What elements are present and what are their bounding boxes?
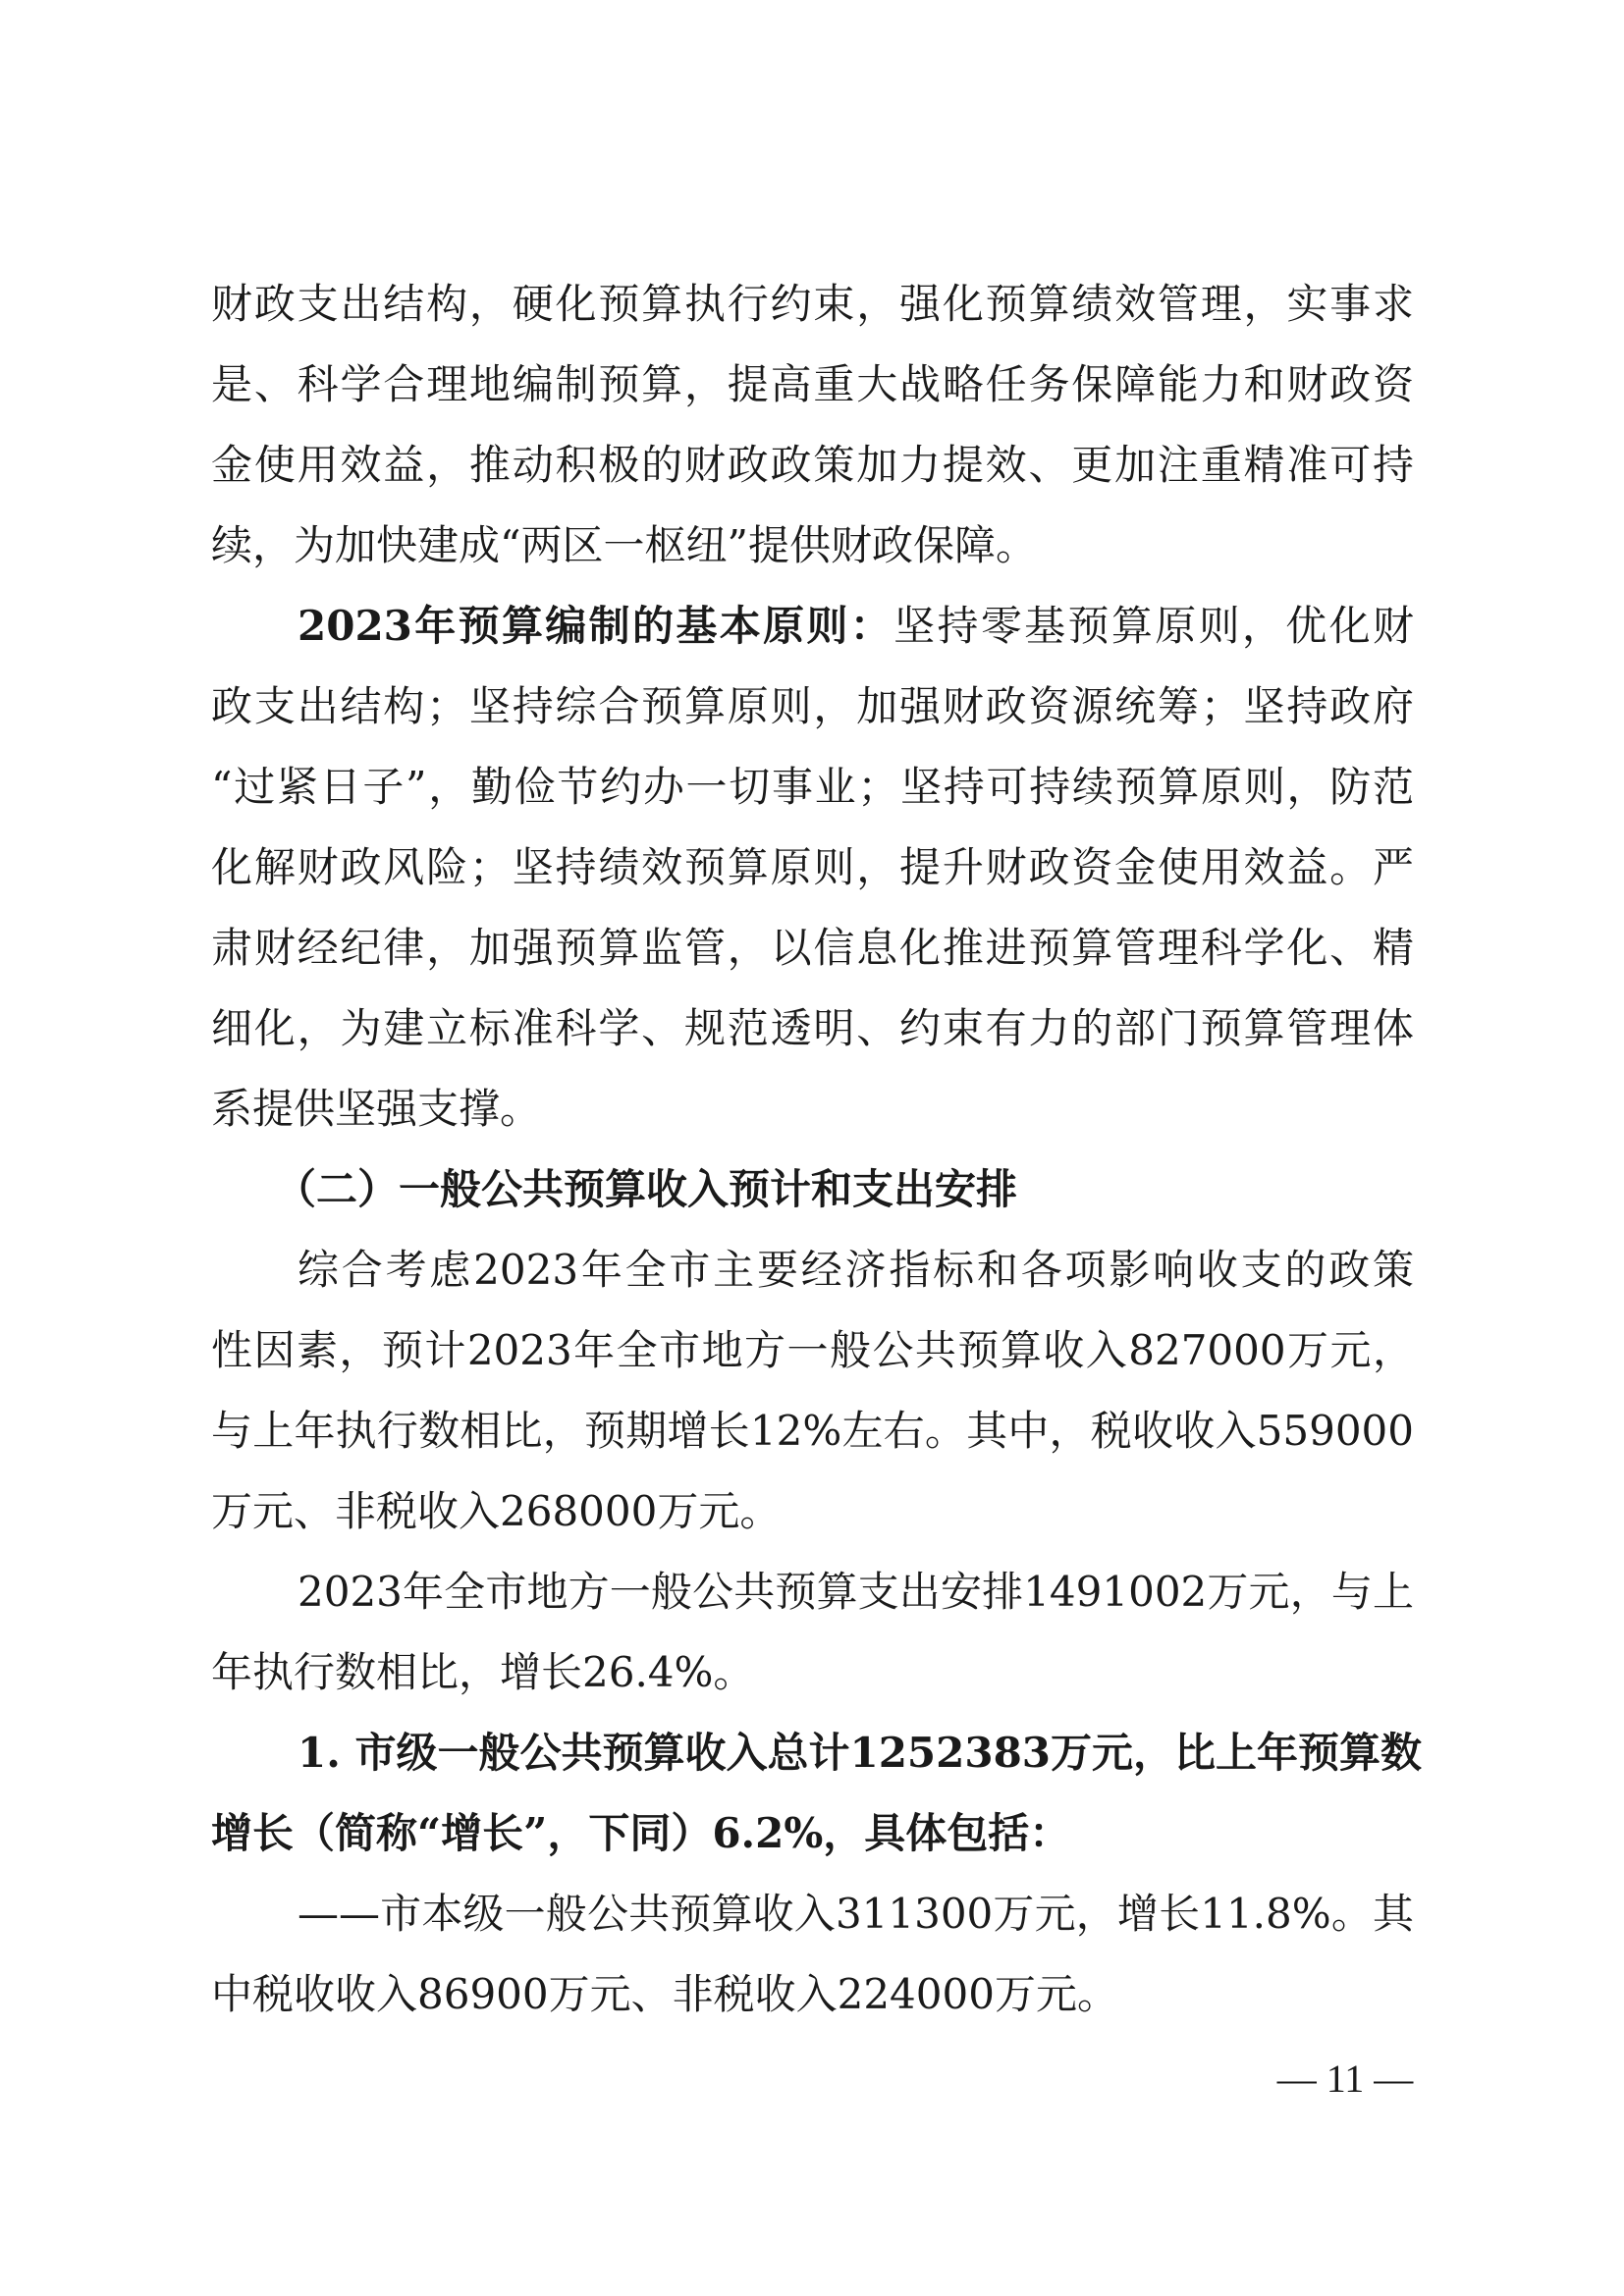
paragraph-2-line-6: 细化，为建立标准科学、规范透明、约束有力的部门预算管理体 xyxy=(211,988,1414,1069)
paragraph-2-line-3: “过紧日子”，勤俭节约办一切事业；坚持可持续预算原则，防范 xyxy=(211,747,1414,828)
paragraph-2-line-2: 政支出结构；坚持综合预算原则，加强财政资源统筹；坚持政府 xyxy=(211,667,1414,747)
document-page: 财政支出结构，硬化预算执行约束，强化预算绩效管理，实事求 是、科学合理地编制预算… xyxy=(0,0,1624,2296)
paragraph-3-line-2: 性因素，预计2023年全市地方一般公共预算收入827000万元， xyxy=(211,1310,1414,1391)
paragraph-6-line-1: ——市本级一般公共预算收入311300万元，增长11.8%。其 xyxy=(298,1874,1414,1954)
principles-lead: 2023年预算编制的基本原则： xyxy=(298,602,893,650)
paragraph-1-line-2: 是、科学合理地编制预算，提高重大战略任务保障能力和财政资 xyxy=(211,345,1414,425)
paragraph-4-line-1: 2023年全市地方一般公共预算支出安排1491002万元，与上 xyxy=(298,1552,1414,1632)
paragraph-1-line-4: 续，为加快建成“两区一枢纽”提供财政保障。 xyxy=(211,506,1414,586)
section-heading: （二）一般公共预算收入预计和支出安排 xyxy=(275,1149,1414,1230)
paragraph-2-line-4: 化解财政风险；坚持绩效预算原则，提升财政资金使用效益。严 xyxy=(211,828,1414,908)
item-1-line-2: 增长（简称“增长”，下同）6.2%，具体包括： xyxy=(211,1793,1414,1874)
paragraph-3-line-3: 与上年执行数相比，预期增长12%左右。其中，税收收入559000 xyxy=(211,1391,1414,1471)
paragraph-4-line-2: 年执行数相比，增长26.4%。 xyxy=(211,1632,1414,1713)
paragraph-2-line-7: 系提供坚强支撑。 xyxy=(211,1069,1414,1149)
paragraph-1-line-3: 金使用效益，推动积极的财政政策加力提效、更加注重精准可持 xyxy=(211,425,1414,506)
paragraph-6-line-2: 中税收收入86900万元、非税收入224000万元。 xyxy=(211,1954,1414,2035)
paragraph-2-line-1: 2023年预算编制的基本原则：坚持零基预算原则，优化财 xyxy=(298,586,1414,667)
paragraph-1-line-1: 财政支出结构，硬化预算执行约束，强化预算绩效管理，实事求 xyxy=(211,264,1414,345)
paragraph-2-line-5: 肃财经纪律，加强预算监管，以信息化推进预算管理科学化、精 xyxy=(211,908,1414,988)
item-1-line-1: 1. 市级一般公共预算收入总计1252383万元，比上年预算数 xyxy=(298,1713,1414,1793)
page-number: — 11 — xyxy=(1267,2054,1424,2105)
paragraph-3-line-4: 万元、非税收入268000万元。 xyxy=(211,1471,1414,1552)
paragraph-3-line-1: 综合考虑2023年全市主要经济指标和各项影响收支的政策 xyxy=(298,1230,1414,1310)
principles-text: 坚持零基预算原则，优化财 xyxy=(893,602,1414,650)
